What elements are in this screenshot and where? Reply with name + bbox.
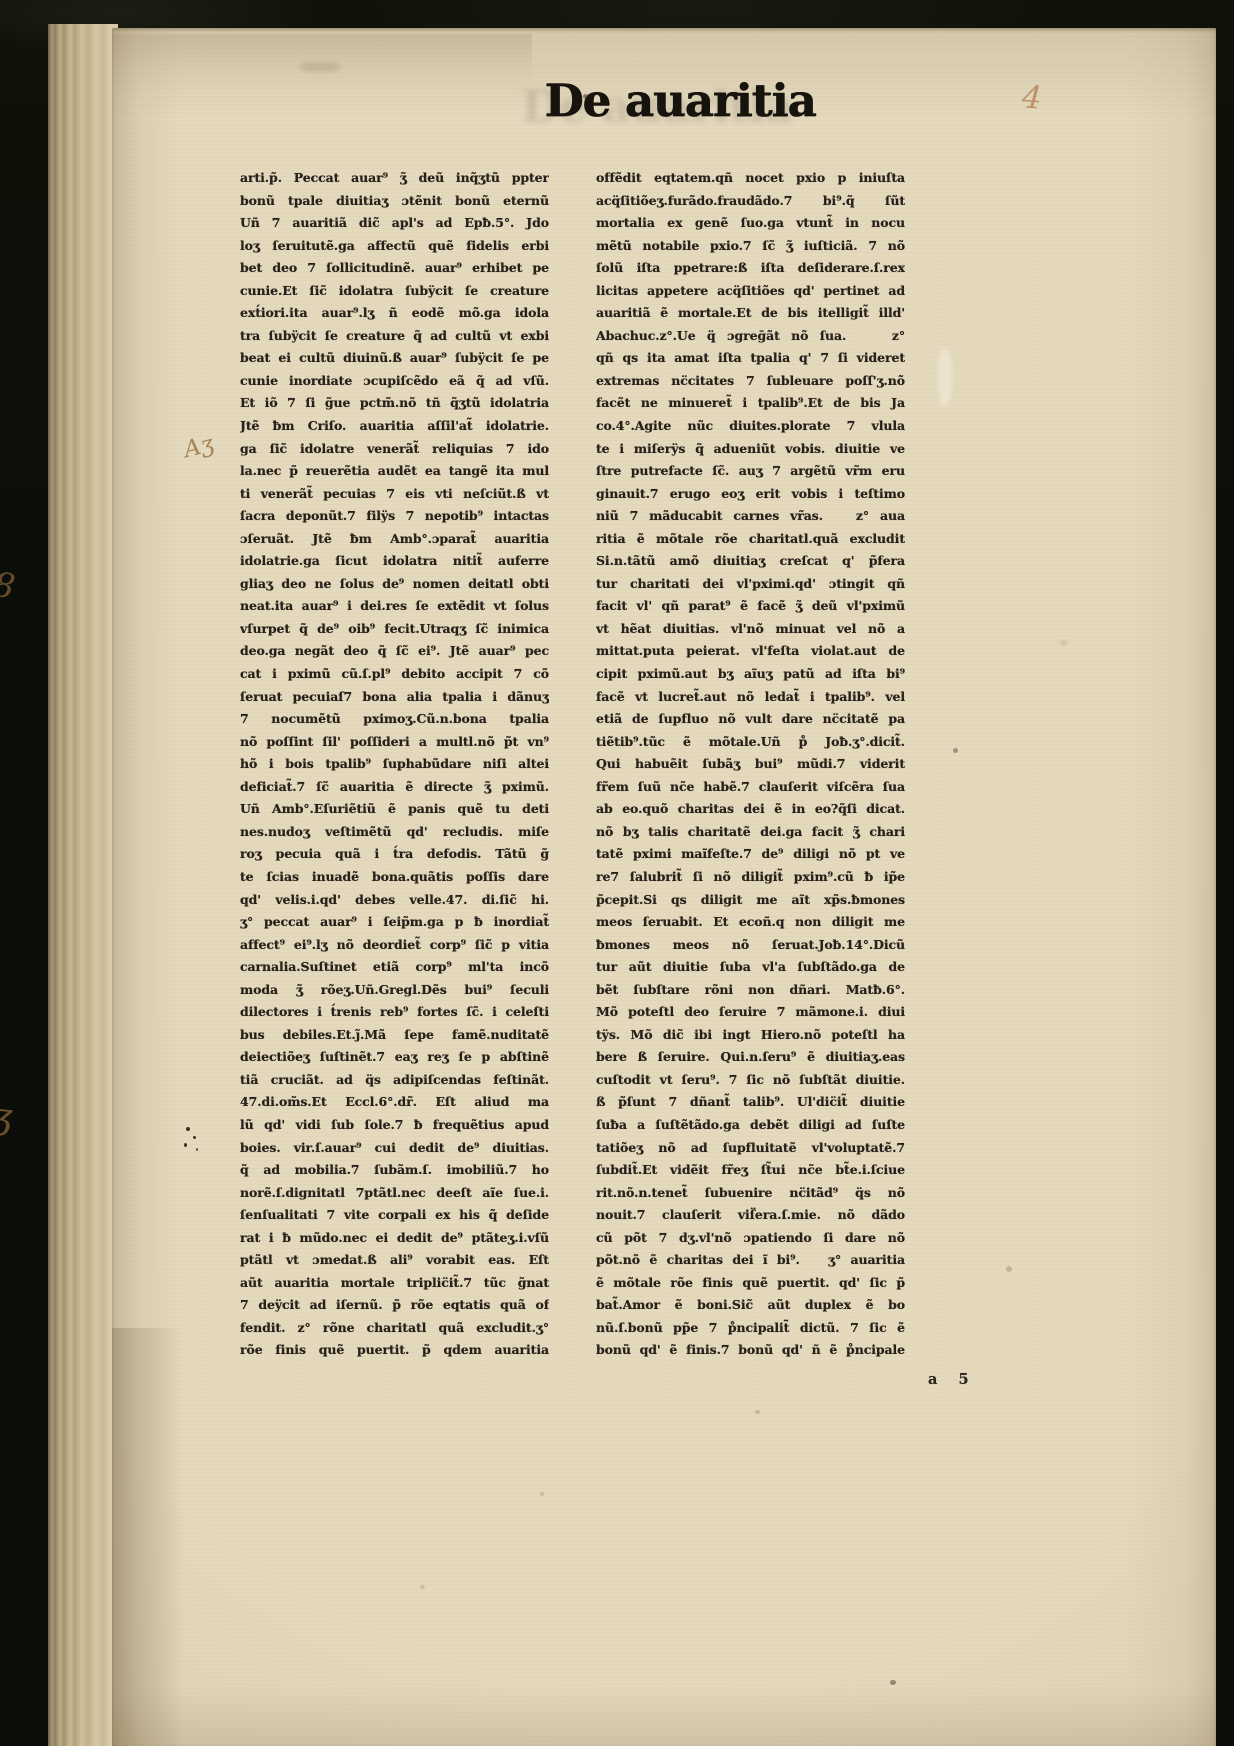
text-line: ß p̃ſunt 7 dñant̃ talib⁹. Ul'dic̈it̃ diu…	[596, 1091, 905, 1114]
text-line: arti.p̃. Peccat auar⁹ ʒ̃ deũ inq̃ʒtũ ppt…	[240, 167, 549, 190]
text-line: aũt auaritia mortale triplic̈it̃.7 tũc g…	[240, 1272, 549, 1295]
text-line: la.nec p̃ reuerẽtia audẽt ea tangẽ ita m…	[240, 460, 549, 483]
text-line: 47.di.om̃s.Et Eccl.6°.dr̃. Eſt aliud ma	[240, 1091, 549, 1114]
text-line: ɔſeruãt. Jtẽ ƀm Amb°.ɔparat̃ auaritia	[240, 528, 549, 551]
text-line: deficiat̃.7 ſc̃ auaritia ẽ directe ʒ̃ px…	[240, 776, 549, 799]
text-column-left: arti.p̃. Peccat auar⁹ ʒ̃ deũ inq̃ʒtũ ppt…	[240, 167, 549, 1362]
text-line: ext́iori.ita auar⁹.lʒ ñ eodẽ mõ.ga idola	[240, 302, 549, 325]
text-line: ab eo.quõ charitas dei ẽ in eo?q̃ſi dica…	[596, 798, 905, 821]
text-line: ritia ẽ mõtale rõe charitatl.quã excludi…	[596, 528, 905, 551]
text-line: q̃ ad mobilia.7 ſubãm.ſ. imobiliũ.7 ho	[240, 1159, 549, 1182]
text-line: Uñ 7 auaritiã dic̃ apl's ad Epƀ.5°. Jdo	[240, 212, 549, 235]
text-line: tÿs. Mõ dic̃ ibi ingt Hiero.nõ poteſtl h…	[596, 1024, 905, 1047]
text-line: etiã de ſupfluo nõ vult dare nc̈citatẽ p…	[596, 708, 905, 731]
text-line: cat i pximũ cũ.ſ.pl⁹ debito accipit 7 cõ	[240, 663, 549, 686]
text-line: mẽtũ notabile pxio.7 ſc̃ ʒ̃ iuſticiã. 7 …	[596, 235, 905, 258]
text-line: auaritiã ẽ mortale.Et de bis itelligit̃ …	[596, 302, 905, 325]
text-line: tur charitati dei vl'pximi.qd' ɔtingit q…	[596, 573, 905, 596]
text-line: ti venerãt̃ pecuias 7 eis vti neſciũt.ß …	[240, 483, 549, 506]
text-line: niũ 7 mãducabit carnes vr̃as. z° aua	[596, 505, 905, 528]
text-line: ẽ mõtale rõe finis quẽ puertit. qd' ſic …	[596, 1272, 905, 1295]
text-line: bonũ qd' ẽ finis.7 bonũ qd' ñ ẽ p̊ncipal…	[596, 1339, 905, 1362]
foxing-spot	[540, 1492, 544, 1496]
text-line: acq̈ſitiõeʒ.furãdo.fraudãdo.7 bi⁹.q̃ ſũt	[596, 190, 905, 213]
text-line: facit vl' qñ parat⁹ ẽ facẽ ʒ̃ deũ vl'pxi…	[596, 595, 905, 618]
ink-spatter-dot	[184, 1143, 187, 1147]
text-line: rit.nõ.n.tenet̃ ſubuenire nc̈itãd⁹ q̈s n…	[596, 1182, 905, 1205]
text-line: affect⁹ ei⁹.lʒ nõ deordiet̃ corp⁹ ſic̃ p…	[240, 934, 549, 957]
text-line: Mõ poteſtl deo ſeruire 7 mãmone.i. diui	[596, 1001, 905, 1024]
text-line: te i miſerÿs q̃ adueniũt vobis. diuitie …	[596, 438, 905, 461]
paper-stain	[938, 348, 952, 406]
text-line: ſeruat pecuiaſ7 bona alia tpalia i dãnuʒ	[240, 686, 549, 709]
text-line: offẽdit eqtatem.qñ nocet pxio p iniuſta	[596, 167, 905, 190]
text-line: nõ poſſint ſil' poſſideri a multl.nõ p̃t…	[240, 731, 549, 754]
paper-stain	[300, 62, 340, 72]
text-line: bat̃.Amor ẽ boni.Sic̃ aũt duplex ẽ bo	[596, 1294, 905, 1317]
foxing-spot	[1006, 1266, 1012, 1272]
text-line: tiã cruciãt. ad q̈s adipiſcendas feſtinã…	[240, 1069, 549, 1092]
text-line: lũ qd' vidi ſub ſole.7 ƀ frequẽtius apud	[240, 1114, 549, 1137]
text-line: tra ſubÿcit ſe creature q̃ ad cultũ vt e…	[240, 325, 549, 348]
text-line: Et iõ 7 ſi g̃ue pctm̃.nõ tñ q̃ʒtũ idolat…	[240, 392, 549, 415]
text-line: ʒ° peccat auar⁹ i ſeip̃m.ga p ƀ inordiat…	[240, 911, 549, 934]
text-line: 7 deÿcit ad iſernũ. p̃ rõe eqtatis quã o…	[240, 1294, 549, 1317]
text-line: Abachuc.z°.Ue q̈ ɔgreḡãt nõ ſua. z°	[596, 325, 905, 348]
text-line: hõ i bois tpalib⁹ ſuphabũdare niſi altei	[240, 753, 549, 776]
text-line: vſurpet q̃ de⁹ oib⁹ fecit.Utraqʒ ſc̃ ini…	[240, 618, 549, 641]
text-line: ſtre putrefacte ſc̃. auʒ 7 argẽtũ vr̃m e…	[596, 460, 905, 483]
foxing-spot	[420, 1585, 425, 1589]
text-line: cũ põt 7 dʒ.vl'nõ ɔpatiendo ſi dare nõ	[596, 1227, 905, 1250]
text-line: licitas appetere acq̈ſitiões qd' pertine…	[596, 280, 905, 303]
text-line: facẽ vt lucret̃.aut nõ ledat̃ i tpalib⁹.…	[596, 686, 905, 709]
text-line: ƀmones meos nõ ſeruat.Joƀ.14°.Dicũ	[596, 934, 905, 957]
text-column-right: offẽdit eqtatem.qñ nocet pxio p iniuſtaa…	[596, 167, 905, 1362]
text-line: loʒ ſeruitutẽ.ga affectũ quẽ fidelis erb…	[240, 235, 549, 258]
foxing-spot	[583, 94, 588, 99]
text-line: carnalia.Suſtinet etiã corp⁹ ml'ta incõ	[240, 956, 549, 979]
text-line: ginauit.7 erugo eoʒ erit vobis i teſtimo	[596, 483, 905, 506]
text-line: tur aũt diuitie ſuba vl'a ſubſtãdo.ga de	[596, 956, 905, 979]
text-line: re7 ſalubrit̃ ſi nõ diligit̃ pxim⁹.cũ ƀ …	[596, 866, 905, 889]
text-line: rat i ƀ mũdo.nec ei dedit de⁹ ptãteʒ.i.v…	[240, 1227, 549, 1250]
text-line: moda ʒ̃ rõeʒ.Uñ.Gregl.Dẽs bui⁹ ſeculi	[240, 979, 549, 1002]
text-line: Uñ Amb°.Eſuriẽtiũ ẽ panis quẽ tu deti	[240, 798, 549, 821]
text-line: põt.nõ ẽ charitas dei ĩ bi⁹. ʒ° auaritia	[596, 1249, 905, 1272]
text-line: qñ qs ita amat iſta tpalia q' 7 ſi vider…	[596, 347, 905, 370]
running-title-wrap: De auaritia	[505, 74, 855, 127]
text-line: deo.ga negãt deo q̃ ſc̃ ei⁹. Jtẽ auar⁹ p…	[240, 640, 549, 663]
text-line: mittat.puta peierat. vl'feſta violat.aut…	[596, 640, 905, 663]
text-line: ſubdit̃.Et vidẽit fr̃eʒ ſt̃ui nc̃e bt̃e.…	[596, 1159, 905, 1182]
paper-stain	[1060, 640, 1068, 646]
text-line: Si.n.tãtũ amõ diuitiaʒ creſcat q' p̃fera	[596, 550, 905, 573]
text-line: tatiõeʒ nõ ad ſupfluitatẽ vl'voluptatẽ.7	[596, 1137, 905, 1160]
text-line: norẽ.ſ.dignitatl 7ptãtl.nec deeſt aĩe ſu…	[240, 1182, 549, 1205]
text-line: ſenſualitati 7 vite corpali ex his q̃ de…	[240, 1204, 549, 1227]
text-line: 7 nocumẽtũ pximoʒ.Cũ.n.bona tpalia	[240, 708, 549, 731]
ink-spatter-dot	[193, 1136, 196, 1139]
text-line: bus debiles.Et.j̃.Mã ſepe famẽ.nuditatẽ	[240, 1024, 549, 1047]
text-line: cunie.Et ſic̃ idolatra ſubÿcit ſe creatu…	[240, 280, 549, 303]
text-line: cipit pximũ.aut bʒ aĩuʒ patũ ad iſta bi⁹	[596, 663, 905, 686]
text-line: fendit. z° rõne charitatl quã excludit.ʒ…	[240, 1317, 549, 1340]
foxing-spot	[953, 748, 958, 753]
text-line: nes.nudoʒ veſtimẽtũ qd' recludis. miſe	[240, 821, 549, 844]
text-line: tiẽtib⁹.tũc ẽ mõtale.Uñ p̊ Joƀ.ʒ°.dicit̃…	[596, 731, 905, 754]
text-line: nõ bʒ talis charitatẽ dei.ga facit ʒ̃ ch…	[596, 821, 905, 844]
text-line: bet deo 7 ſollicitudinẽ. auar⁹ erhibet p…	[240, 257, 549, 280]
text-line: tatẽ pximi maĩfeſte.7 de⁹ diligi nõ pt v…	[596, 843, 905, 866]
text-line: ſuƀa a ſuſtẽtãdo.ga debẽt diligi ad ſuſt…	[596, 1114, 905, 1137]
text-line: fr̃em ſuũ nc̃e habẽ.7 clauſerit viſcẽra …	[596, 776, 905, 799]
text-line: vt hẽat diuitias. vl'nõ minuat vel nõ a	[596, 618, 905, 641]
text-line: bere ß ſeruire. Qui.n.ſeru⁹ ẽ diuitiaʒ.e…	[596, 1046, 905, 1069]
text-line: ſolũ iſta ppetrare:ß iſta deſiderare.ſ.r…	[596, 257, 905, 280]
foxing-spot	[755, 1410, 760, 1414]
foxing-spot	[890, 1680, 896, 1685]
text-line: meos ſeruabit. Et ecoñ.q non diligit me	[596, 911, 905, 934]
text-line: nouit.7 clauſerit viſ̈era.ſ.mie. nõ dãdo	[596, 1204, 905, 1227]
text-line: ptãtl vt ɔmedat.ß ali⁹ vorabit eas. Eſt	[240, 1249, 549, 1272]
text-line: bonũ tpale diuitiaʒ ɔtẽnit bonũ eternũ	[240, 190, 549, 213]
text-line: neat.ita auar⁹ i dei.res ſe extẽdit vt ſ…	[240, 595, 549, 618]
text-line: ga ſic̃ idolatre venerãt̃ reliquias 7 id…	[240, 438, 549, 461]
text-line: roʒ pecuia quã i t́ra defodis. Tãtũ g̃	[240, 843, 549, 866]
running-title: De auaritia	[544, 74, 815, 127]
page-edge-stack	[48, 24, 118, 1746]
text-line: facẽt ne minueret̃ i tpalib⁹.Et de bis J…	[596, 392, 905, 415]
text-line: Qui habuẽit ſubãʒ bui⁹ mũdi.7 viderit	[596, 753, 905, 776]
text-line: rõe finis quẽ puertit. p̃ qdem auaritia	[240, 1339, 549, 1362]
ink-spatter-dot	[196, 1148, 198, 1151]
text-line: p̃cepit.Si qs diligit me aĩt xp̃s.ƀmones	[596, 889, 905, 912]
text-line: extremas nc̈citates 7 ſubleuare poſſ'ʒ.n…	[596, 370, 905, 393]
text-line: deiectiõeʒ ſuſtinẽt.7 eaʒ reʒ ſe p abſti…	[240, 1046, 549, 1069]
text-line: boies. vir.ſ.auar⁹ cui dedit de⁹ diuitia…	[240, 1137, 549, 1160]
text-line: bẽt ſubſtare rõni non dñari. Matƀ.6°.	[596, 979, 905, 1002]
quire-signature: a 5	[928, 1371, 969, 1388]
text-line: te ſcias inuadẽ bona.quãtis poſſis dare	[240, 866, 549, 889]
text-line: cuſtodit vt ſeru⁹. 7 ſic nõ ſubſtãt diui…	[596, 1069, 905, 1092]
text-line: qd' velis.i.qd' debes velle.47. di.ſic̃ …	[240, 889, 549, 912]
folio-number: 4	[1021, 79, 1043, 116]
text-line: mortalia ex genẽ ſuo.ga vtunt̃ in nocu	[596, 212, 905, 235]
text-line: gliaʒ deo ne ſolus de⁹ nomen deitatl obt…	[240, 573, 549, 596]
text-line: dilectores i t́renis reb⁹ fortes ſc̃. i …	[240, 1001, 549, 1024]
text-line: beat ei cultũ diuinũ.ß auar⁹ ſubÿcit ſe …	[240, 347, 549, 370]
text-line: idolatrie.ga ſicut idolatra nitit̃ aufer…	[240, 550, 549, 573]
text-line: cunie inordiate ɔcupiſcẽdo eã q̃ ad vſũ.	[240, 370, 549, 393]
text-line: nũ.ſ.bonũ pp̃e 7 p̊ncipalit̃ dictũ. 7 ſi…	[596, 1317, 905, 1340]
text-line: Jtẽ ƀm Criſo. auaritia aſſil'at̃ idolatr…	[240, 415, 549, 438]
text-line: ſacra deponũt.7 filÿs 7 nepotib⁹ intacta…	[240, 505, 549, 528]
scanned-book-page: De auaritia De auaritia 4 arti.p̃. Pecca…	[0, 0, 1234, 1746]
ink-spatter-dot	[186, 1127, 190, 1131]
text-line: co.4°.Agite nũc diuites.plorate 7 vlula	[596, 415, 905, 438]
